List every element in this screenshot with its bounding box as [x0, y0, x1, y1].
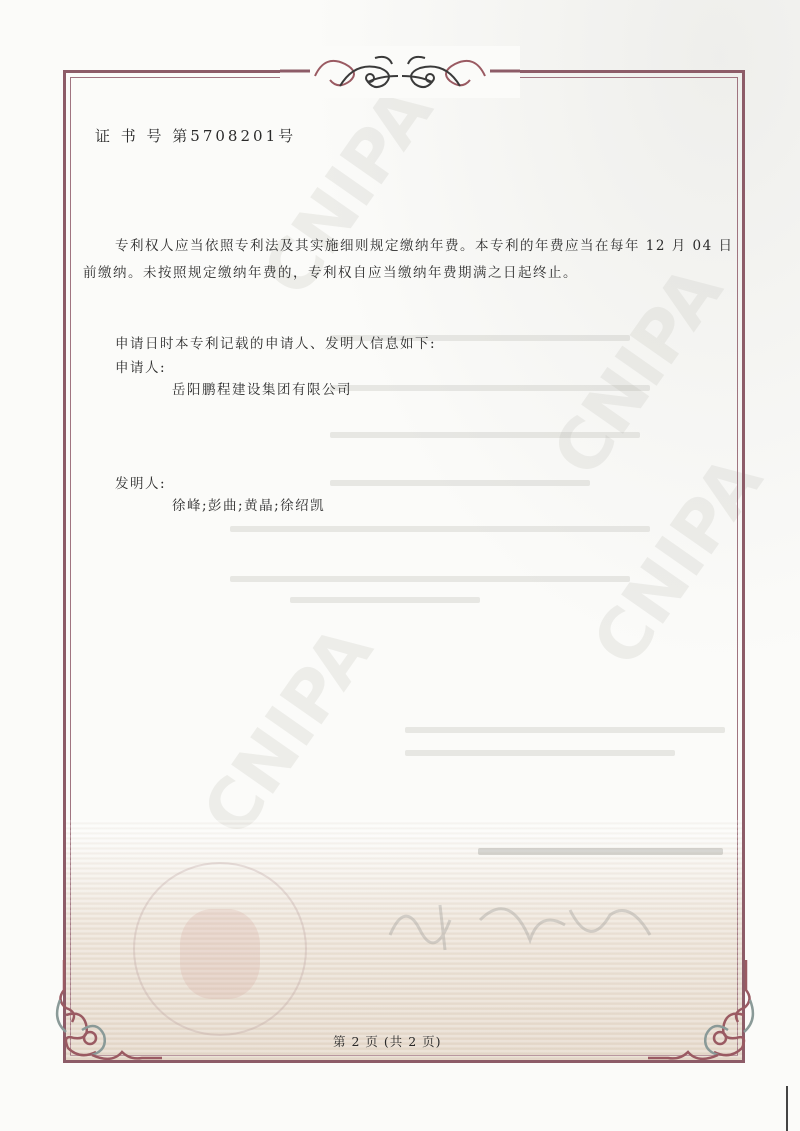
dragon-ornament [280, 46, 520, 98]
record-intro: 申请日时本专利记载的申请人、发明人信息如下: [115, 332, 436, 352]
certificate-number: 证 书 号 第5708201号 [95, 125, 296, 146]
floral-corner-ornament [52, 960, 162, 1070]
bleed-through-text [330, 480, 590, 486]
fee-notice-line-1: 专利权人应当依照专利法及其实施细则规定缴纳年费。本专利的年费应当在每年 12 月… [115, 234, 734, 254]
seal-emblem [180, 909, 260, 999]
scan-edge-mark [786, 1086, 788, 1131]
applicant-label: 申请人: [115, 356, 166, 376]
inventor-label: 发明人: [115, 472, 166, 492]
bleed-through-text [330, 385, 650, 391]
fee-notice-line-2: 前缴纳。未按照规定缴纳年费的，专利权自应当缴纳年费期满之日起终止。 [83, 261, 578, 281]
bleed-through-text [405, 750, 675, 756]
bleed-through-text [230, 526, 650, 532]
floral-corner-ornament [648, 960, 758, 1070]
bleed-through-text [405, 727, 725, 733]
bleed-through-text [230, 576, 630, 582]
signature [380, 880, 680, 960]
bleed-through-text [290, 597, 480, 603]
page-indicator: 第 2 页 (共 2 页) [333, 1032, 442, 1050]
bleed-through-text [330, 432, 640, 438]
applicant-name: 岳阳鹏程建设集团有限公司 [172, 378, 352, 398]
inventor-names: 徐峰;彭曲;黄晶;徐绍凯 [172, 494, 325, 514]
certificate-page: CNIPA CNIPA CNIPA CNIPA [0, 0, 800, 1131]
bleed-through-text [478, 848, 723, 855]
